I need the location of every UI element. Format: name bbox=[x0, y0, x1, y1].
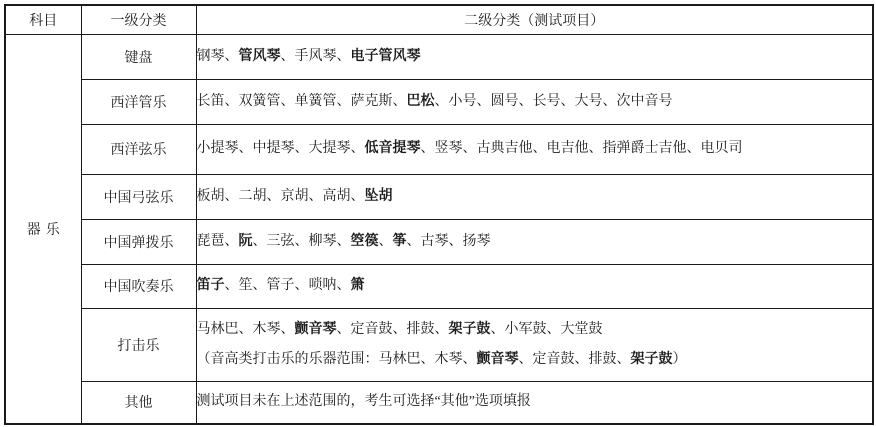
item-text: （音高类打击乐的乐器范围：马林巴、木琴、 bbox=[197, 352, 477, 367]
header-category: 一级分类 bbox=[81, 5, 196, 34]
items-line: 琵琶、阮、三弦、柳琴、箜篌、筝、古琴、扬琴 bbox=[197, 227, 873, 257]
item-text: 、小军鼓、大堂鼓 bbox=[491, 322, 603, 337]
item-text-bold: 箫 bbox=[351, 278, 365, 293]
items-cell: 测试项目未在上述范围的，考生可选择“其他”选项填报 bbox=[196, 381, 873, 424]
table-row: 中国弓弦乐板胡、二胡、京胡、高胡、坠胡 bbox=[5, 174, 873, 219]
item-text: 小提琴、中提琴、大提琴、 bbox=[197, 141, 365, 156]
item-text: 、定音鼓、排鼓、 bbox=[519, 352, 631, 367]
header-items: 二级分类（测试项目） bbox=[196, 5, 873, 34]
item-text-bold: 架子鼓 bbox=[631, 352, 673, 367]
header-row: 科目 一级分类 二级分类（测试项目） bbox=[5, 5, 873, 34]
items-line: 测试项目未在上述范围的，考生可选择“其他”选项填报 bbox=[197, 387, 873, 417]
items-cell: 笛子、笙、管子、唢呐、箫 bbox=[196, 264, 873, 308]
table-row: 中国弹拨乐琵琶、阮、三弦、柳琴、箜篌、筝、古琴、扬琴 bbox=[5, 219, 873, 264]
table-row: 其他测试项目未在上述范围的，考生可选择“其他”选项填报 bbox=[5, 381, 873, 424]
item-text: 、小号、圆号、长号、大号、次中音号 bbox=[435, 94, 673, 109]
item-text: 、笙、管子、唢呐、 bbox=[225, 278, 351, 293]
items-cell: 钢琴、管风琴、手风琴、电子管风琴 bbox=[196, 34, 873, 79]
category-cell: 中国弹拨乐 bbox=[81, 219, 196, 264]
item-text: 马林巴、木琴、 bbox=[197, 322, 295, 337]
item-text: 、 bbox=[379, 234, 393, 249]
table-row: 西洋弦乐小提琴、中提琴、大提琴、低音提琴、竖琴、古典吉他、电吉他、指弹爵士吉他、… bbox=[5, 124, 873, 174]
category-cell: 西洋管乐 bbox=[81, 79, 196, 124]
category-cell: 西洋弦乐 bbox=[81, 124, 196, 174]
items-line: 板胡、二胡、京胡、高胡、坠胡 bbox=[197, 182, 873, 212]
item-text-bold: 筝 bbox=[393, 234, 407, 249]
item-text: 测试项目未在上述范围的，考生可选择“其他”选项填报 bbox=[197, 394, 531, 409]
item-text: 长笛、双簧管、单簧管、萨克斯、 bbox=[197, 94, 407, 109]
category-cell: 中国吹奏乐 bbox=[81, 264, 196, 308]
item-text: 、三弦、柳琴、 bbox=[253, 234, 351, 249]
item-text-bold: 颤音琴 bbox=[295, 322, 337, 337]
table-row: 器乐键盘钢琴、管风琴、手风琴、电子管风琴 bbox=[5, 34, 873, 79]
category-cell: 键盘 bbox=[81, 34, 196, 79]
item-text: 钢琴、 bbox=[197, 49, 239, 64]
item-text-bold: 笛子 bbox=[197, 278, 225, 293]
category-cell: 中国弓弦乐 bbox=[81, 174, 196, 219]
item-text-bold: 电子管风琴 bbox=[351, 49, 421, 64]
items-cell: 长笛、双簧管、单簧管、萨克斯、巴松、小号、圆号、长号、大号、次中音号 bbox=[196, 79, 873, 124]
item-text: 琵琶、 bbox=[197, 234, 239, 249]
instrument-category-table-wrap: 科目 一级分类 二级分类（测试项目） 器乐键盘钢琴、管风琴、手风琴、电子管风琴西… bbox=[4, 4, 872, 425]
items-cell: 琵琶、阮、三弦、柳琴、箜篌、筝、古琴、扬琴 bbox=[196, 219, 873, 264]
items-line: 马林巴、木琴、颤音琴、定音鼓、排鼓、架子鼓、小军鼓、大堂鼓 bbox=[197, 315, 873, 345]
item-text-bold: 巴松 bbox=[407, 94, 435, 109]
items-line: 长笛、双簧管、单簧管、萨克斯、巴松、小号、圆号、长号、大号、次中音号 bbox=[197, 87, 873, 117]
item-text-bold: 箜篌 bbox=[351, 234, 379, 249]
item-text-bold: 阮 bbox=[239, 234, 253, 249]
table-row: 中国吹奏乐笛子、笙、管子、唢呐、箫 bbox=[5, 264, 873, 308]
table-row: 打击乐马林巴、木琴、颤音琴、定音鼓、排鼓、架子鼓、小军鼓、大堂鼓（音高类打击乐的… bbox=[5, 308, 873, 381]
item-text: 、竖琴、古典吉他、电吉他、指弹爵士吉他、电贝司 bbox=[421, 141, 743, 156]
item-text: 板胡、二胡、京胡、高胡、 bbox=[197, 189, 365, 204]
instrument-category-table: 科目 一级分类 二级分类（测试项目） 器乐键盘钢琴、管风琴、手风琴、电子管风琴西… bbox=[4, 4, 874, 425]
items-line: 小提琴、中提琴、大提琴、低音提琴、竖琴、古典吉他、电吉他、指弹爵士吉他、电贝司 bbox=[197, 134, 873, 164]
item-text: 、手风琴、 bbox=[281, 49, 351, 64]
item-text: 、定音鼓、排鼓、 bbox=[337, 322, 449, 337]
items-cell: 小提琴、中提琴、大提琴、低音提琴、竖琴、古典吉他、电吉他、指弹爵士吉他、电贝司 bbox=[196, 124, 873, 174]
item-text-bold: 管风琴 bbox=[239, 49, 281, 64]
category-cell: 其他 bbox=[81, 381, 196, 424]
table-row: 西洋管乐长笛、双簧管、单簧管、萨克斯、巴松、小号、圆号、长号、大号、次中音号 bbox=[5, 79, 873, 124]
category-cell: 打击乐 bbox=[81, 308, 196, 381]
item-text: ） bbox=[673, 352, 687, 367]
item-text-bold: 低音提琴 bbox=[365, 141, 421, 156]
items-line: 笛子、笙、管子、唢呐、箫 bbox=[197, 271, 873, 301]
table-body: 器乐键盘钢琴、管风琴、手风琴、电子管风琴西洋管乐长笛、双簧管、单簧管、萨克斯、巴… bbox=[5, 34, 873, 424]
items-line: （音高类打击乐的乐器范围：马林巴、木琴、颤音琴、定音鼓、排鼓、架子鼓） bbox=[197, 345, 873, 375]
item-text-bold: 颤音琴 bbox=[477, 352, 519, 367]
items-cell: 马林巴、木琴、颤音琴、定音鼓、排鼓、架子鼓、小军鼓、大堂鼓（音高类打击乐的乐器范… bbox=[196, 308, 873, 381]
items-cell: 板胡、二胡、京胡、高胡、坠胡 bbox=[196, 174, 873, 219]
subject-cell: 器乐 bbox=[5, 34, 81, 424]
items-line: 钢琴、管风琴、手风琴、电子管风琴 bbox=[197, 42, 873, 72]
item-text-bold: 坠胡 bbox=[365, 189, 393, 204]
item-text: 、古琴、扬琴 bbox=[407, 234, 491, 249]
header-subject: 科目 bbox=[5, 5, 81, 34]
item-text-bold: 架子鼓 bbox=[449, 322, 491, 337]
